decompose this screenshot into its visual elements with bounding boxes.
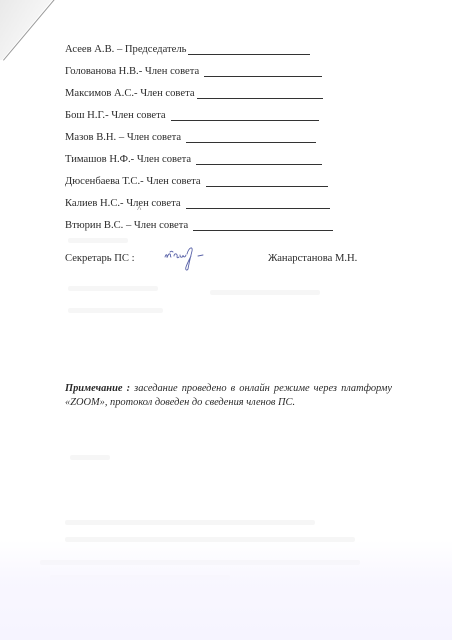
bleed-through-text [68, 238, 128, 243]
signature-line [193, 220, 333, 231]
signatory-role: Член совета [145, 66, 199, 77]
signatory-separator: – [114, 44, 125, 55]
handwritten-signature [162, 243, 210, 273]
signature-line [186, 198, 330, 209]
secretary-row: Секретарь ПС : Жанарстанова М.Н. [65, 253, 385, 267]
scan-shadow [0, 540, 452, 640]
signatory-name: Бош Н.Г. [65, 110, 105, 121]
signatory-row: Голованова Н.В.- Член совета [65, 63, 322, 77]
signature-line [206, 176, 328, 187]
secretary-name: Жанарстанова М.Н. [268, 253, 357, 264]
bleed-through-text [65, 520, 315, 525]
signatory-name: Голованова Н.В. [65, 66, 139, 77]
signatory-role: Председатель [125, 44, 187, 55]
signatory-role: Член совета [140, 88, 194, 99]
signatory-name: Тимашов Н.Ф. [65, 154, 131, 165]
signatory-role: Член совета [137, 154, 191, 165]
signatory-role: Член совета [126, 198, 180, 209]
signatory-row: Калиев Н.С.- Член совета [65, 195, 330, 209]
bleed-through-text [68, 308, 163, 313]
signatory-name: Максимов А.С. [65, 88, 134, 99]
signatory-role: Член совета [127, 132, 181, 143]
bleed-through-text [68, 286, 158, 291]
signatory-role: Член совета [134, 220, 188, 231]
signatory-separator: – [123, 220, 134, 231]
signature-line [171, 110, 319, 121]
signatory-row: Тимашов Н.Ф.- Член совета [65, 151, 322, 165]
signatory-name: Калиев Н.С. [65, 198, 120, 209]
signatory-role: Член совета [146, 176, 200, 187]
signature-line [197, 88, 323, 99]
signatory-role: Член совета [111, 110, 165, 121]
signatory-row: Асеев А.В. – Председатель [65, 41, 310, 55]
pen-mark: ˄ [137, 204, 142, 213]
bleed-through-text [210, 290, 320, 295]
bleed-through-text [70, 455, 110, 460]
signatory-row: Дюсенбаева Т.С.- Член совета [65, 173, 328, 187]
signatory-row: Бош Н.Г.- Член совета [65, 107, 319, 121]
signatory-name: Мазов В.Н. [65, 132, 116, 143]
signatory-row: Максимов А.С.- Член совета [65, 85, 323, 99]
signatory-row: Мазов В.Н. – Член совета [65, 129, 316, 143]
signatory-name: Дюсенбаева Т.С. [65, 176, 140, 187]
signature-line [204, 66, 322, 77]
signatory-row: Втюрин В.С. – Член совета [65, 217, 333, 231]
note-paragraph: Примечание : заседание проведено в онлай… [65, 382, 392, 410]
signature-line [188, 44, 310, 55]
signature-line [186, 132, 316, 143]
secretary-label: Секретарь ПС : [65, 253, 135, 264]
note-label: Примечание : [65, 383, 130, 394]
signatory-separator: – [116, 132, 127, 143]
signatory-name: Асеев А.В. [65, 44, 114, 55]
signature-line [196, 154, 322, 165]
signatory-name: Втюрин В.С. [65, 220, 123, 231]
